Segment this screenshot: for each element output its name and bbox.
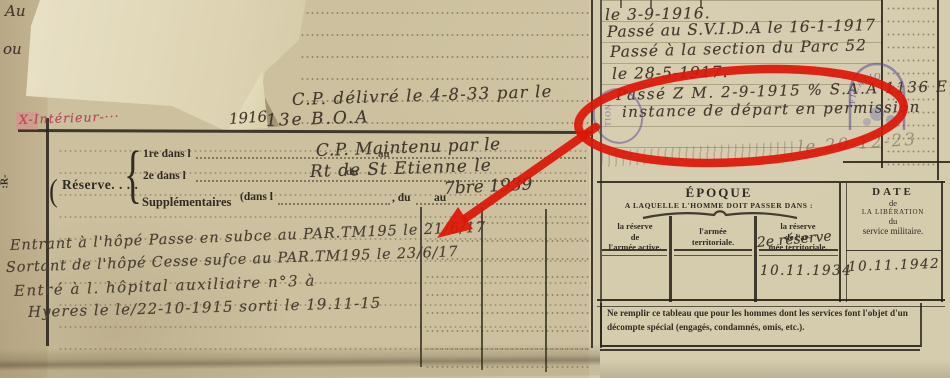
bottom-shadow-left xyxy=(0,343,600,378)
stamp-arch-right: FICATIO xyxy=(845,52,909,136)
date-cell-underline xyxy=(846,250,941,251)
military-record-scan: :R- X-Intérieur-··· ( Réserve. . . . { 1… xyxy=(0,0,950,378)
page-divider xyxy=(591,0,602,348)
hw-date-territoriale: 10.11.1934 xyxy=(760,263,852,279)
hw-date-liberation: 10.11.1942 xyxy=(848,256,941,275)
col2-line1: l'armée xyxy=(699,226,726,236)
table-top-rule xyxy=(597,181,945,183)
rotated-margin-label: :R- xyxy=(0,175,10,189)
header-thick-rule xyxy=(18,129,592,134)
reserve-brace: { xyxy=(124,138,142,213)
date-line-5: service militaire. xyxy=(845,226,941,236)
service-line-4: le 28-5-1917. xyxy=(612,63,729,83)
epoque-title: ÉPOQUE xyxy=(600,185,838,201)
year-note: 1916 xyxy=(228,107,267,128)
reserve-supp-inner: (dans l xyxy=(240,191,273,203)
date-line-2: de xyxy=(845,198,941,208)
col1-line3: l'armée active. xyxy=(609,242,662,252)
date-cell-right-border xyxy=(941,181,943,302)
col1-line1: la réserve xyxy=(617,221,652,231)
cp-line-2: 13e B.O.A xyxy=(266,107,370,131)
col-underline-2 xyxy=(674,249,752,256)
date-line-4: du xyxy=(845,216,941,226)
right-short-rule xyxy=(843,161,950,163)
table-note: Ne remplir ce tableau que pour les homme… xyxy=(607,307,913,335)
reserve-paren: ( xyxy=(49,172,58,209)
date-line-1: DATE xyxy=(845,186,941,198)
margin-fragment-2: ou xyxy=(3,40,22,58)
epoque-bracket xyxy=(640,208,800,220)
margin-fragment-1: Au xyxy=(5,2,26,20)
stamp-left-text: TION xyxy=(603,103,612,126)
date-line-3: LA LIBÉRATION xyxy=(845,208,941,216)
leader-line-3 xyxy=(278,203,390,205)
reserve-row2-label: 2e dans l xyxy=(143,170,186,182)
stamp-right-text: FICATIO xyxy=(847,71,882,104)
reserve-supp-label: Supplémentaires xyxy=(142,195,231,210)
col-header-2: l'armée territoriale. xyxy=(673,226,753,249)
note-box-bottom-rule xyxy=(600,349,920,351)
col-separator-1 xyxy=(669,216,672,302)
bottom-shadow-right xyxy=(600,360,950,378)
svg-text:FICATIO: FICATIO xyxy=(847,71,882,104)
reserve-row1-label: 1re dans l xyxy=(143,148,191,160)
col-header-1: la réserve de l'armée active. xyxy=(602,221,668,253)
date-header-cell: DATE de LA LIBÉRATION du service militai… xyxy=(845,186,941,236)
leader-line-4 xyxy=(416,203,586,205)
col2-line2: territoriale. xyxy=(692,237,734,247)
pink-marginalia: X-Intérieur-··· xyxy=(19,108,120,127)
printed-du-label: , du xyxy=(392,192,411,204)
col-separator-2 xyxy=(754,216,757,302)
col1-line2: de xyxy=(631,232,640,242)
